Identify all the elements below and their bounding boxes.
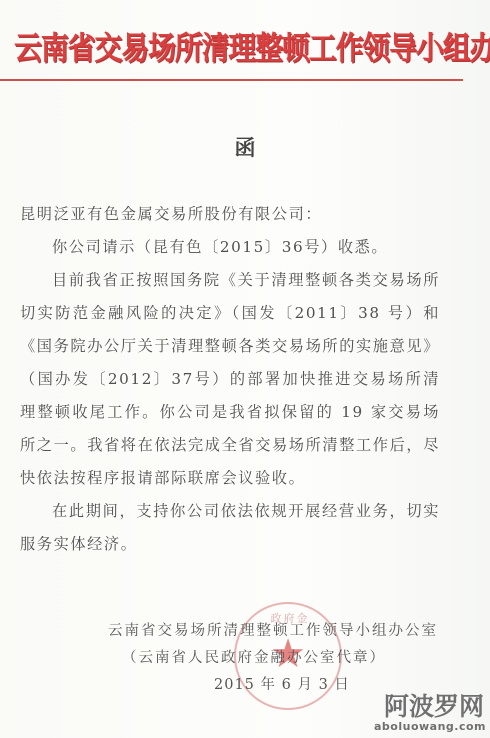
letter-body: 昆明泛亚有色金属交易所股份有限公司： 你公司请示（昆有色〔2015〕36号）收悉… bbox=[20, 198, 440, 561]
letterhead-red-rule bbox=[0, 79, 463, 81]
site-watermark: 阿波罗网 aboluowang.com bbox=[374, 693, 484, 734]
document-type-heading: 函 bbox=[0, 132, 490, 162]
paragraph-support: 在此期间，支持你公司依法依规开展经营业务，切实服务实体经济。 bbox=[20, 495, 440, 561]
recipient-line: 昆明泛亚有色金属交易所股份有限公司： bbox=[20, 198, 440, 231]
document-page: 云南省交易场所清理整顿工作领导小组办公室 函 昆明泛亚有色金属交易所股份有限公司… bbox=[0, 0, 490, 738]
letterhead-title: 云南省交易场所清理整顿工作领导小组办公室 bbox=[14, 24, 454, 73]
paragraph-acknowledgement: 你公司请示（昆有色〔2015〕36号）收悉。 bbox=[20, 231, 440, 264]
watermark-site-name: 阿波罗网 bbox=[374, 693, 484, 720]
watermark-domain: aboluowang.com bbox=[374, 720, 484, 734]
signature-on-behalf: （云南省人民政府金融办公室代章） bbox=[100, 645, 440, 672]
paragraph-main: 目前我省正按照国务院《关于清理整顿各类交易场所切实防范金融风险的决定》（国发〔2… bbox=[20, 264, 440, 495]
signature-block: 云南省交易场所清理整顿工作领导小组办公室 （云南省人民政府金融办公室代章） 20… bbox=[100, 618, 440, 699]
signature-organization: 云南省交易场所清理整顿工作领导小组办公室 bbox=[100, 618, 440, 645]
